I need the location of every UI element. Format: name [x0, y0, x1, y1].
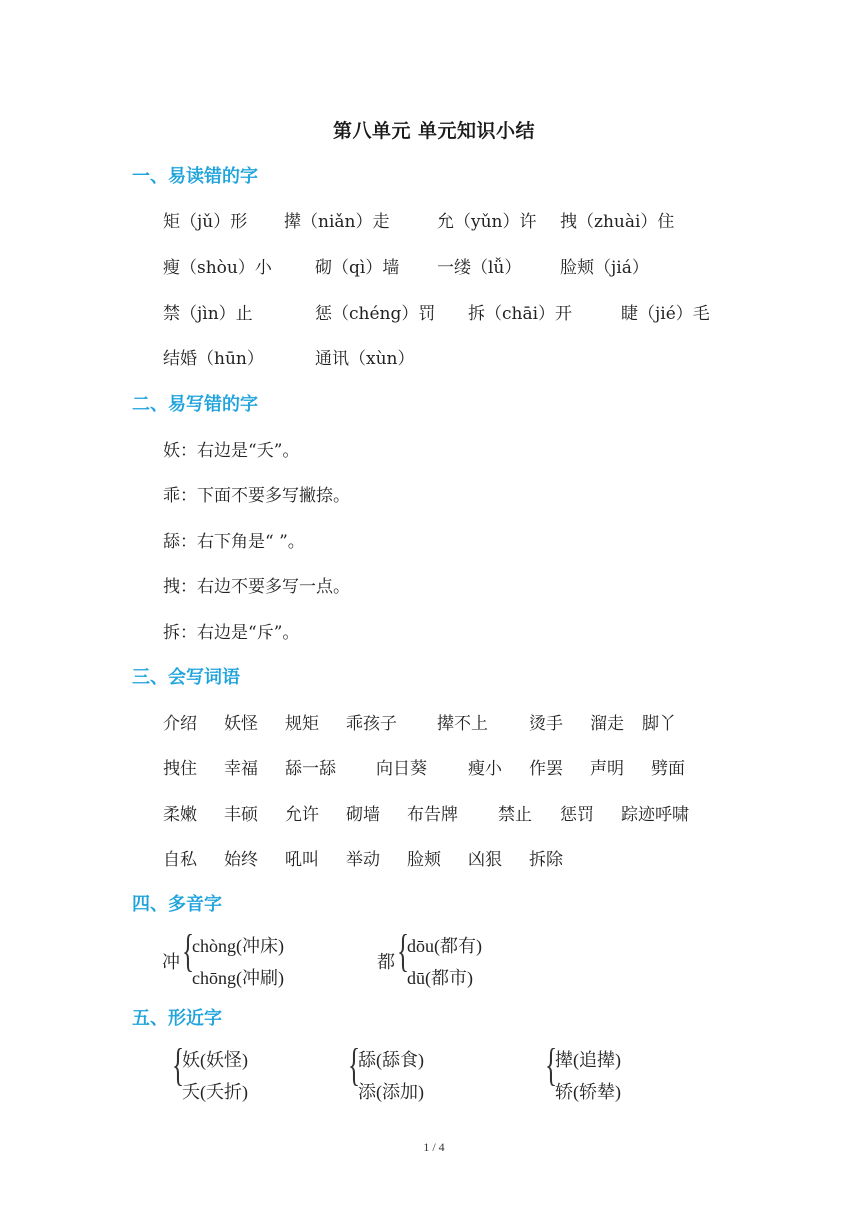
- misread-item: 允（yǔn）许: [437, 207, 537, 232]
- similar-item: 夭(夭折): [182, 1078, 248, 1104]
- polyphone-group: 都 { dōu(都有) dū(都市): [377, 932, 577, 992]
- miswrite-line: 拽：右边不要多写一点。: [163, 572, 350, 597]
- polyphone-reading: dū(都市): [407, 964, 473, 990]
- misread-item: 矩（jǔ）形: [163, 207, 247, 232]
- polyphone-reading: chòng(冲床): [192, 932, 284, 958]
- word: 规矩: [285, 709, 319, 734]
- word: 惩罚: [560, 800, 594, 825]
- polyphone-reading: dōu(都有): [407, 932, 482, 958]
- word: 瘦小: [468, 754, 502, 779]
- misread-item: 拽（zhuài）住: [560, 207, 674, 232]
- miswrite-line: 拆：右边是“斥”。: [163, 618, 299, 643]
- polyphone-char: 都: [377, 948, 395, 974]
- word: 举动: [346, 845, 380, 870]
- misread-item: 通讯（xùn）: [315, 344, 415, 369]
- word: 声明: [590, 754, 624, 779]
- word: 烫手: [529, 709, 563, 734]
- page-title: 第八单元 单元知识小结: [0, 116, 868, 143]
- miswrite-line: 乖：下面不要多写撇捺。: [163, 481, 350, 506]
- section-heading-misread: 一、易读错的字: [132, 162, 258, 188]
- word: 介绍: [163, 709, 197, 734]
- similar-group: { 舔(舔食) 添(添加): [348, 1046, 508, 1106]
- word: 允许: [285, 800, 319, 825]
- section-heading-polyphones: 四、多音字: [132, 890, 222, 916]
- misread-item: 结婚（hūn）: [163, 344, 264, 369]
- misread-item: 脸颊（jiá）: [560, 253, 649, 278]
- word: 拽住: [163, 754, 197, 779]
- word: 柔嫩: [163, 800, 197, 825]
- similar-item: 撵(追撵): [555, 1046, 621, 1072]
- similar-group: { 妖(妖怪) 夭(夭折): [172, 1046, 332, 1106]
- misread-item: 睫（jié）毛: [621, 299, 710, 324]
- word: 劈面: [651, 754, 685, 779]
- polyphone-char: 冲: [162, 948, 180, 974]
- word: 拆除: [529, 845, 563, 870]
- word: 作罢: [529, 754, 563, 779]
- section-heading-similar: 五、形近字: [132, 1004, 222, 1030]
- misread-item: 撵（niǎn）走: [284, 207, 389, 232]
- misread-item: 瘦（shòu）小: [163, 253, 272, 278]
- section-heading-miswrite: 二、易写错的字: [132, 390, 258, 416]
- word: 脚丫: [642, 709, 676, 734]
- page-number: 1 / 4: [0, 1140, 868, 1155]
- word: 自私: [163, 845, 197, 870]
- word: 凶狠: [468, 845, 502, 870]
- similar-group: { 撵(追撵) 轿(轿辇): [545, 1046, 705, 1106]
- similar-item: 妖(妖怪): [182, 1046, 248, 1072]
- similar-item: 添(添加): [358, 1078, 424, 1104]
- word: 溜走: [590, 709, 624, 734]
- polyphone-reading: chōng(冲刷): [192, 964, 284, 990]
- misread-item: 一缕（lǚ）: [437, 253, 521, 278]
- similar-item: 舔(舔食): [358, 1046, 424, 1072]
- word: 向日葵: [376, 754, 427, 779]
- word: 幸福: [224, 754, 258, 779]
- word: 禁止: [498, 800, 532, 825]
- section-heading-words: 三、会写词语: [132, 663, 240, 689]
- word: 砌墙: [346, 800, 380, 825]
- word: 脸颊: [407, 845, 441, 870]
- misread-item: 砌（qì）墙: [315, 253, 399, 278]
- word: 撵不上: [437, 709, 488, 734]
- similar-item: 轿(轿辇): [555, 1078, 621, 1104]
- word: 始终: [224, 845, 258, 870]
- miswrite-line: 舔：右下角是“ ”。: [163, 527, 305, 552]
- word: 布告牌: [407, 800, 458, 825]
- word: 妖怪: [224, 709, 258, 734]
- misread-item: 拆（chāi）开: [468, 299, 572, 324]
- misread-item: 惩（chéng）罚: [315, 299, 435, 324]
- word: 踪迹呼啸: [621, 800, 689, 825]
- word: 舔一舔: [285, 754, 336, 779]
- word: 乖孩子: [346, 709, 397, 734]
- misread-item: 禁（jìn）止: [163, 299, 253, 324]
- word: 吼叫: [285, 845, 319, 870]
- word: 丰硕: [224, 800, 258, 825]
- miswrite-line: 妖：右边是“夭”。: [163, 436, 299, 461]
- polyphone-group: 冲 { chòng(冲床) chōng(冲刷): [162, 932, 362, 992]
